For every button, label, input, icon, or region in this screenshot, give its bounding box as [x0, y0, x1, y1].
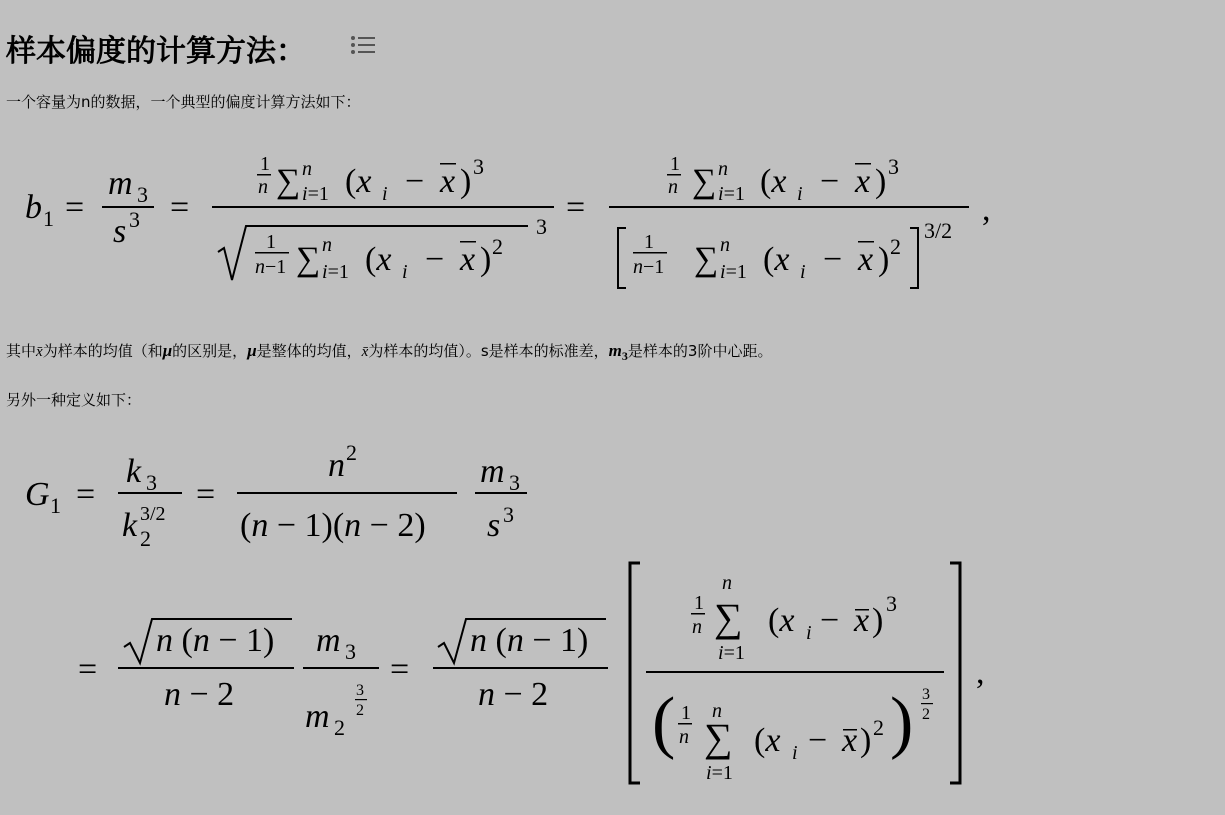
svg-text:2: 2: [890, 234, 901, 259]
svg-text:∑: ∑: [692, 163, 716, 200]
svg-text:∑: ∑: [704, 715, 733, 760]
svg-text:2: 2: [140, 526, 151, 551]
list-icon[interactable]: [350, 35, 376, 55]
svg-text:3: 3: [356, 682, 364, 699]
svg-text:): ): [480, 241, 491, 278]
svg-text:∑: ∑: [276, 163, 300, 200]
svg-text:−: −: [820, 602, 839, 639]
alt-definition-paragraph: 另外一种定义如下：: [6, 389, 141, 410]
svg-text:3/2: 3/2: [140, 503, 166, 525]
svg-text:s: s: [487, 507, 500, 544]
svg-text:=: =: [76, 476, 95, 513]
svg-text:1: 1: [260, 153, 270, 175]
svg-text:i: i: [382, 183, 388, 205]
svg-text:∑: ∑: [694, 241, 718, 278]
svg-text:1: 1: [694, 592, 704, 614]
svg-text:): ): [872, 602, 883, 639]
svg-text:3: 3: [509, 470, 520, 495]
svg-text:m: m: [480, 453, 505, 490]
svg-text:): ): [860, 722, 871, 759]
svg-text:k: k: [122, 507, 138, 544]
svg-text:n − 2: n − 2: [478, 676, 548, 713]
svg-text:i=1: i=1: [322, 261, 349, 283]
svg-text:n (n − 1): n (n − 1): [470, 622, 588, 659]
svg-text:): ): [890, 684, 913, 761]
svg-text:3: 3: [137, 182, 148, 207]
svg-text:n−1: n−1: [255, 256, 286, 278]
svg-text:−: −: [808, 722, 827, 759]
svg-text:s: s: [113, 213, 126, 250]
svg-text:m: m: [316, 622, 341, 659]
m3-symbol: m: [609, 341, 622, 360]
svg-text:2: 2: [492, 234, 503, 259]
svg-text:,: ,: [982, 191, 991, 228]
svg-text:∑: ∑: [296, 241, 320, 278]
svg-text:n: n: [258, 176, 268, 198]
formula-g1-line1: G1 = k3 k23/2 = n2 (n − 1)(n − 2) m3 s3: [0, 440, 560, 560]
svg-text:1: 1: [266, 231, 276, 253]
svg-text:n: n: [302, 158, 312, 180]
svg-text:i: i: [806, 622, 812, 644]
svg-text:(n − 1)(n − 2): (n − 1)(n − 2): [240, 507, 426, 544]
svg-text:−: −: [425, 241, 444, 278]
svg-text:x: x: [857, 241, 873, 278]
svg-text:(x: (x: [345, 163, 371, 200]
svg-text:3: 3: [536, 214, 547, 239]
svg-text:=: =: [65, 189, 84, 226]
svg-text:): ): [460, 163, 471, 200]
svg-text:n: n: [692, 616, 702, 638]
svg-text:x: x: [841, 722, 857, 759]
explanation-paragraph: 其中x̄为样本的均值（和μ的区别是，μ是整体的均值，x̄为样本的均值）。s是样本…: [6, 340, 772, 364]
mu-symbol: μ: [247, 341, 256, 360]
svg-text:n − 2: n − 2: [164, 676, 234, 713]
svg-text:n: n: [679, 726, 689, 748]
svg-text:m: m: [305, 698, 330, 735]
svg-text:1: 1: [644, 231, 654, 253]
mu-symbol: μ: [163, 341, 172, 360]
svg-text:i=1: i=1: [718, 642, 745, 664]
svg-text:3/2: 3/2: [924, 218, 952, 243]
svg-text:1: 1: [43, 206, 54, 231]
intro-paragraph: 一个容量为n的数据，一个典型的偏度计算方法如下：: [6, 91, 361, 112]
svg-text:=: =: [390, 651, 409, 688]
svg-text:2: 2: [922, 706, 930, 723]
svg-text:m: m: [108, 165, 133, 202]
svg-text:=: =: [566, 189, 585, 226]
svg-text:i: i: [800, 261, 806, 283]
svg-text:∑: ∑: [714, 595, 743, 640]
svg-text:i: i: [792, 742, 798, 764]
svg-text:i: i: [402, 261, 408, 283]
formula-b1: b1 = m3 s3 = 1n ∑ n i=1 (x i − x )3 1n−1…: [0, 130, 1000, 300]
svg-text:n: n: [722, 572, 732, 594]
svg-text:3: 3: [146, 470, 157, 495]
svg-text:x: x: [439, 163, 455, 200]
svg-text:i=1: i=1: [718, 183, 745, 205]
svg-text:2: 2: [346, 440, 357, 465]
svg-text:n: n: [328, 447, 345, 484]
svg-text:): ): [875, 163, 886, 200]
svg-text:1: 1: [50, 493, 61, 518]
svg-text:−: −: [405, 163, 424, 200]
svg-text:(x: (x: [763, 241, 789, 278]
svg-text:3: 3: [886, 591, 897, 616]
svg-text:n: n: [322, 234, 332, 256]
xbar-symbol: x̄: [36, 344, 43, 360]
svg-text:(x: (x: [365, 241, 391, 278]
svg-text:=: =: [170, 189, 189, 226]
svg-text:3: 3: [129, 207, 140, 232]
section-title: 样本偏度的计算方法：: [6, 26, 306, 70]
svg-text:=: =: [78, 651, 97, 688]
svg-text:(x: (x: [760, 163, 786, 200]
svg-text:i=1: i=1: [302, 183, 329, 205]
svg-text:,: ,: [976, 654, 985, 691]
svg-text:): ): [878, 241, 889, 278]
svg-text:2: 2: [356, 702, 364, 719]
svg-text:x: x: [459, 241, 475, 278]
svg-text:i=1: i=1: [720, 261, 747, 283]
svg-text:i=1: i=1: [706, 762, 733, 784]
formula-g1-line2: = n (n − 1) n − 2 m3 m2 32 = n (n − 1) n…: [0, 555, 1010, 795]
svg-text:3: 3: [345, 639, 356, 664]
svg-text:1: 1: [681, 702, 691, 724]
svg-text:i: i: [797, 183, 803, 205]
svg-text:3: 3: [473, 154, 484, 179]
svg-text:=: =: [196, 476, 215, 513]
svg-text:x: x: [854, 163, 870, 200]
svg-text:n (n − 1): n (n − 1): [156, 622, 274, 659]
svg-text:b: b: [25, 189, 42, 226]
svg-text:3: 3: [888, 154, 899, 179]
svg-text:3: 3: [922, 686, 930, 703]
svg-text:1: 1: [670, 153, 680, 175]
svg-text:n−1: n−1: [633, 256, 664, 278]
svg-text:−: −: [823, 241, 842, 278]
svg-text:n: n: [718, 158, 728, 180]
svg-text:n: n: [668, 176, 678, 198]
svg-text:3: 3: [503, 502, 514, 527]
svg-text:n: n: [720, 234, 730, 256]
svg-text:−: −: [820, 163, 839, 200]
svg-text:2: 2: [334, 715, 345, 740]
svg-text:x: x: [853, 602, 869, 639]
svg-text:G: G: [25, 476, 50, 513]
svg-text:k: k: [126, 453, 142, 490]
svg-text:(x: (x: [754, 722, 780, 759]
svg-text:2: 2: [873, 715, 884, 740]
svg-text:(x: (x: [768, 602, 794, 639]
svg-text:(: (: [652, 684, 675, 761]
